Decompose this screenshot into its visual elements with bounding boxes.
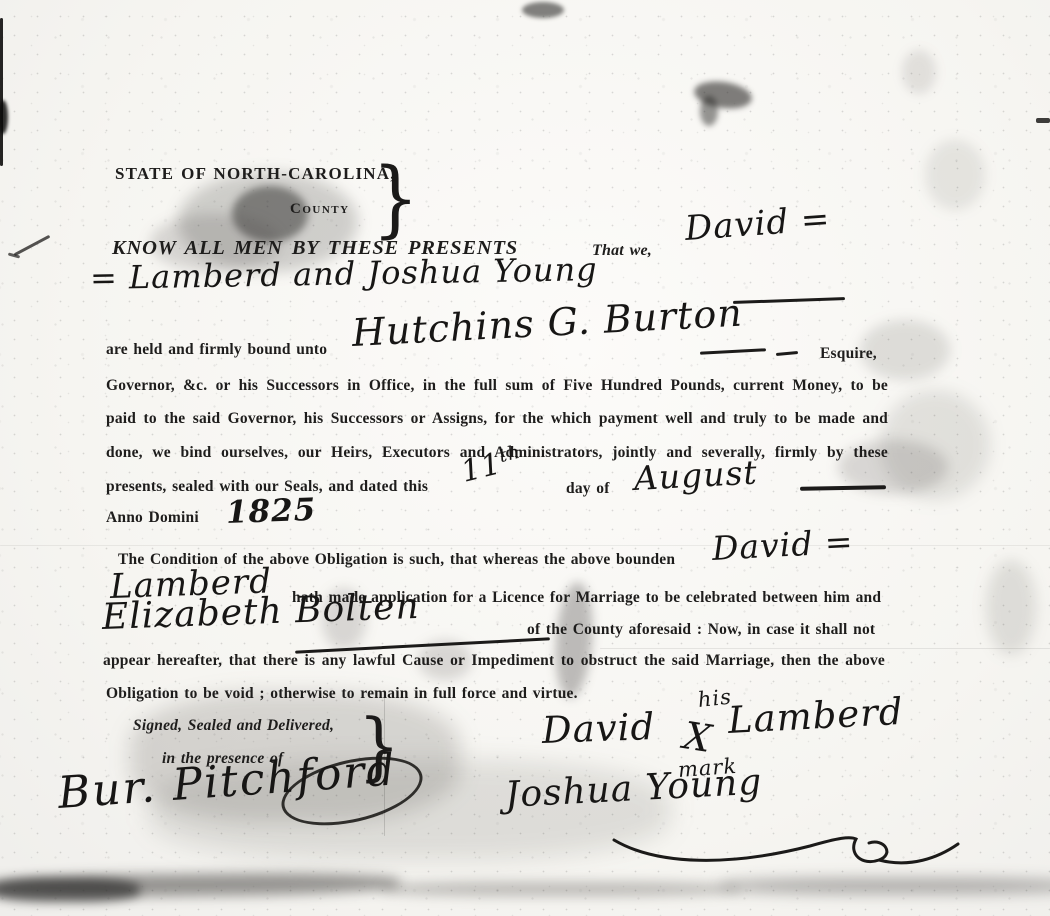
ink-rule (700, 348, 766, 354)
groom-x-mark: X (681, 716, 715, 758)
stain-blob (880, 390, 990, 500)
pen-stroke (14, 235, 51, 256)
bound-unto-text: are held and firmly bound unto (106, 341, 327, 360)
fold-line (0, 545, 1050, 546)
signature-flourish-swash (612, 826, 962, 876)
that-we-text: That we, (592, 241, 652, 260)
anno-domini-text: Anno Domini (106, 509, 199, 528)
ink-rule (733, 297, 845, 304)
handwritten-groom-first: David = (711, 525, 854, 565)
stain-blob (700, 96, 718, 126)
stain-blob (986, 560, 1036, 655)
condition-line: appear hereafter, that there is any lawf… (103, 652, 885, 671)
bottom-fold-shadow (0, 878, 140, 902)
state-title: STATE OF NORTH-CAROLINA, (115, 164, 396, 184)
marriage-bond-scan: STATE OF NORTH-CAROLINA, County } KNOW A… (0, 0, 1050, 916)
stain-blob (902, 50, 936, 94)
bottom-fold-shadow (380, 882, 740, 896)
stain-blob (925, 140, 985, 210)
fold-line (600, 648, 1050, 649)
bottom-fold-shadow (720, 878, 1050, 894)
ink-rule (800, 485, 886, 491)
handwritten-year: 1825 (225, 495, 316, 529)
header-brace: } (372, 158, 419, 241)
ink-rule (776, 351, 798, 356)
county-label: County (290, 200, 350, 218)
groom-signature-first: David (541, 708, 655, 749)
esquire-text: Esquire, (820, 345, 877, 364)
bondsman-signature: Joshua Young (504, 765, 763, 814)
day-suffix: th (497, 442, 523, 468)
handwritten-principals-line: = Lamberd and Joshua Young (90, 253, 598, 294)
handwritten-bride-name: Elizabeth Bolten (101, 589, 420, 636)
handwritten-obligee-name: Hutchins G. Burton (351, 294, 744, 352)
day-of-text: day of (566, 480, 610, 499)
stain-blob (522, 2, 564, 18)
bond-body-line: Governor, &c. or his Successors in Offic… (106, 377, 888, 396)
stain-blob (692, 78, 753, 112)
attestation-line: Signed, Sealed and Delivered, (133, 717, 334, 736)
handwritten-month: August (633, 456, 758, 495)
scan-edge-line (0, 18, 3, 166)
condition-line: Obligation to be void ; otherwise to rem… (106, 685, 578, 704)
bond-body-line: paid to the said Governor, his Successor… (106, 410, 888, 429)
bottom-fold-shadow (0, 872, 400, 898)
condition-line: of the County aforesaid : Now, in case i… (527, 621, 875, 640)
groom-signature-surname: Lamberd (727, 693, 904, 739)
scan-edge-mark (1036, 118, 1050, 123)
handwritten-principal-name: David = (684, 202, 832, 246)
